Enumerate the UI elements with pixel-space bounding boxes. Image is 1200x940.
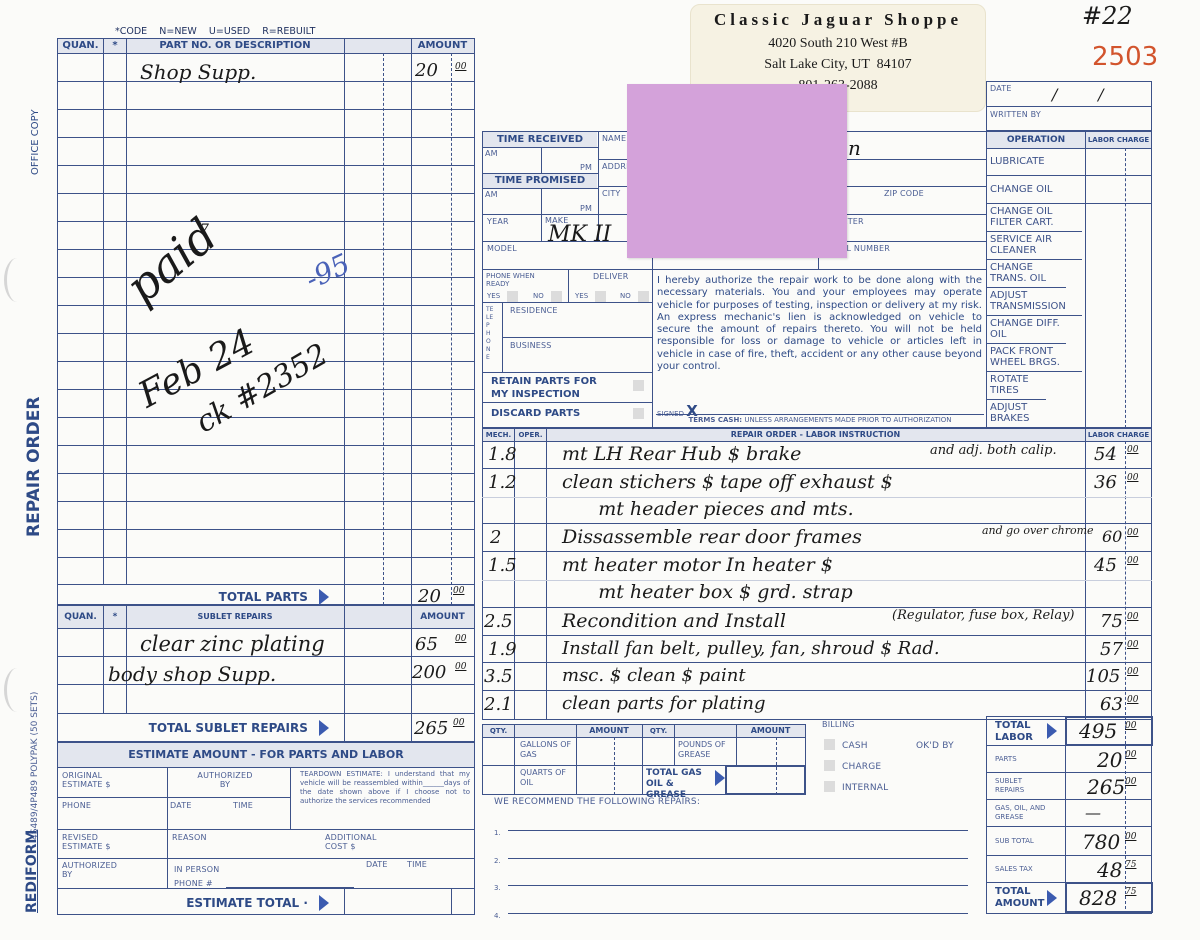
operation-change-oil[interactable]: CHANGE OIL bbox=[986, 176, 1152, 204]
sub-total-row: SUB TOTAL 780 00 bbox=[987, 827, 1151, 856]
labor-row[interactable]: mt header pieces and mts. bbox=[482, 497, 1152, 525]
operation-change-oil-filter[interactable]: CHANGE OIL FILTER CART. bbox=[986, 204, 1082, 232]
labor-dollars: 75 bbox=[1100, 611, 1123, 632]
reason-label: REASON bbox=[172, 833, 207, 842]
total-amount-row: TOTAL AMOUNT 828 75 bbox=[987, 883, 1151, 913]
sales-tax-row: SALES TAX 48 75 bbox=[987, 856, 1151, 883]
residence-label: RESIDENCE bbox=[510, 306, 558, 315]
labor-hours: 1.2 bbox=[488, 472, 517, 493]
time-promised-header: TIME PROMISED bbox=[483, 174, 597, 188]
gas-amount-header: AMOUNT bbox=[577, 725, 641, 737]
labor-instruction: mt heater motor In heater $ bbox=[562, 554, 833, 576]
phone-yes-label: YES bbox=[487, 292, 500, 300]
billing-cash-checkbox[interactable] bbox=[824, 739, 835, 750]
recommend-label: WE RECOMMEND THE FOLLOWING REPAIRS: bbox=[494, 797, 700, 807]
parts-header-amount: AMOUNT bbox=[411, 39, 474, 53]
total-amount-cents[interactable]: 75 bbox=[1125, 887, 1136, 897]
labor-instruction: Dissassemble rear door frames bbox=[562, 526, 862, 548]
deliver-no-checkbox[interactable] bbox=[638, 291, 649, 302]
billing-internal-label: INTERNAL bbox=[842, 783, 888, 793]
city-label: CITY bbox=[602, 189, 621, 198]
labor-row[interactable]: 2.1 clean parts for plating 63 00 bbox=[482, 691, 1152, 719]
arrow-right-icon bbox=[319, 720, 329, 736]
operation-rotate-tires[interactable]: ROTATE TIRES bbox=[986, 372, 1046, 400]
phone-when-ready-label: PHONE WHEN READY bbox=[486, 272, 556, 288]
labor-instruction: clean parts for plating bbox=[562, 693, 766, 714]
gas-oil-grease-total-row: GAS, OIL, AND GREASE — bbox=[987, 800, 1151, 827]
sticky-note bbox=[627, 84, 847, 258]
operation-change-diff-oil[interactable]: CHANGE DIFF. OIL bbox=[986, 316, 1066, 344]
labor-header-mech: MECH. bbox=[483, 429, 514, 441]
totals-table: TOTAL LABOR 495 00 PARTS 20 00 SUBLET RE… bbox=[986, 716, 1152, 914]
phone-number-label: PHONE # bbox=[174, 879, 213, 888]
parts-total-row: PARTS 20 00 bbox=[987, 746, 1151, 773]
parts-code-legend: *CODE N=NEW U=USED R=REBUILT bbox=[115, 26, 315, 37]
operation-lubricate[interactable]: LUBRICATE bbox=[986, 148, 1152, 176]
labor-row[interactable]: 1.9 Install fan belt, pulley, fan, shrou… bbox=[482, 636, 1152, 664]
pounds-of-grease-label: POUNDS OF GREASE bbox=[678, 740, 736, 760]
name-label: NAME bbox=[602, 134, 626, 143]
binder-hole-bottom bbox=[4, 668, 30, 712]
labor-row[interactable]: 1.8 mt LH Rear Hub $ brake and adj. both… bbox=[482, 441, 1152, 469]
form-number: 2503 bbox=[1092, 42, 1158, 72]
authorized-by-label: AUTHORIZED BY bbox=[195, 771, 255, 789]
time-received-am: AM bbox=[485, 149, 498, 158]
discard-parts-label: DISCARD PARTS bbox=[491, 408, 580, 419]
arrow-right-icon bbox=[1047, 890, 1057, 906]
labor-cents: 00 bbox=[1127, 667, 1138, 677]
rediform-brand: REDIFORM bbox=[24, 830, 40, 913]
date-field[interactable]: / / bbox=[1052, 85, 1103, 104]
labor-dollars: 63 bbox=[1100, 694, 1123, 715]
labor-row[interactable]: 1.2 clean stichers $ tape off exhaust $ … bbox=[482, 469, 1152, 497]
total-amount-dollars[interactable]: 828 bbox=[1079, 886, 1117, 910]
quarts-of-oil-label: QUARTS OF OIL bbox=[520, 768, 568, 788]
parts-total-dollars[interactable]: 20 bbox=[1097, 748, 1122, 772]
estimate-total-label: ESTIMATE TOTAL · bbox=[58, 892, 343, 911]
parts-table bbox=[57, 38, 475, 605]
gas-oil-grease-total-value[interactable]: — bbox=[1085, 803, 1101, 822]
original-estimate-label: ORIGINAL ESTIMATE $ bbox=[62, 771, 132, 789]
labor-row[interactable]: 2 Dissassemble rear door frames and go o… bbox=[482, 524, 1152, 552]
time-promised-am: AM bbox=[485, 190, 498, 199]
total-labor-row: TOTAL LABOR 495 00 bbox=[987, 717, 1151, 746]
labor-header-instruction: REPAIR ORDER - LABOR INSTRUCTION bbox=[547, 429, 1084, 441]
total-sublet-cents[interactable]: 00 bbox=[453, 718, 464, 728]
time-received-header: TIME RECEIVED bbox=[483, 132, 597, 147]
billing-label: BILLING bbox=[822, 720, 855, 729]
labor-cents: 00 bbox=[1127, 528, 1138, 538]
labor-instruction: msc. $ clean $ paint bbox=[562, 665, 746, 686]
authorization-text: I hereby authorize the repair work to be… bbox=[657, 275, 982, 373]
in-person-label: IN PERSON bbox=[174, 865, 219, 874]
recommend-line-4[interactable]: 4. bbox=[494, 903, 970, 922]
operations-list: LUBRICATE CHANGE OIL CHANGE OIL FILTER C… bbox=[986, 148, 1152, 428]
labor-hours: 2.1 bbox=[484, 694, 513, 715]
obscured-handwriting: n bbox=[848, 136, 861, 160]
zip-code-label: ZIP CODE bbox=[884, 189, 924, 198]
written-by-label: WRITTEN BY bbox=[990, 110, 1041, 119]
labor-instruction: Install fan belt, pulley, fan, shroud $ … bbox=[562, 638, 940, 659]
sales-tax-cents[interactable]: 75 bbox=[1125, 860, 1136, 870]
parts-row-1-dollars[interactable]: 20 bbox=[415, 60, 438, 81]
sublet-total-dollars[interactable]: 265 bbox=[1087, 775, 1125, 799]
handwritten-order-number: #22 bbox=[1082, 2, 1133, 30]
business-label: BUSINESS bbox=[510, 341, 552, 350]
repair-order-vertical-title: REPAIR ORDER bbox=[24, 397, 44, 537]
labor-row[interactable]: mt heater box $ grd. strap bbox=[482, 580, 1152, 608]
form-code-label: 4S489/4P489 POLYPAK (50 SETS) bbox=[30, 692, 40, 840]
operation-service-air-cleaner[interactable]: SERVICE AIR CLEANER bbox=[986, 232, 1082, 260]
labor-hours: 2 bbox=[490, 527, 501, 548]
labor-row[interactable]: 3.5 msc. $ clean $ paint 105 00 bbox=[482, 663, 1152, 691]
recommend-line-3[interactable]: 3. bbox=[494, 875, 970, 894]
total-sublet-dollars[interactable]: 265 bbox=[414, 718, 448, 739]
parts-header-quan: QUAN. bbox=[58, 39, 103, 53]
sublet-row-2-description[interactable]: body shop Supp. bbox=[108, 662, 276, 686]
labor-dollars: 57 bbox=[1100, 639, 1123, 660]
parts-row-1-cents[interactable]: 00 bbox=[455, 62, 466, 72]
binder-hole-top bbox=[4, 258, 30, 302]
revised-estimate-label: REVISED ESTIMATE $ bbox=[62, 833, 122, 851]
sublet-row-2-cents[interactable]: 00 bbox=[455, 662, 466, 672]
arrow-right-icon bbox=[319, 895, 329, 911]
okd-by-label: OK'D BY bbox=[916, 741, 954, 751]
model-label: MODEL bbox=[487, 244, 517, 253]
gallons-of-gas-label: GALLONS OF GAS bbox=[520, 740, 575, 760]
labor-instruction: mt header pieces and mts. bbox=[562, 498, 854, 520]
time-promised-pm: PM bbox=[580, 204, 592, 213]
billing-charge-checkbox[interactable] bbox=[824, 760, 835, 771]
sub-total-cents[interactable]: 00 bbox=[1125, 832, 1136, 842]
shop-name: Classic Jaguar Shoppe bbox=[690, 10, 986, 30]
make-field[interactable]: MK II bbox=[548, 222, 611, 247]
total-parts-label: TOTAL PARTS bbox=[127, 586, 343, 605]
tick-mark: 7 bbox=[200, 222, 209, 238]
retain-parts-checkbox[interactable] bbox=[633, 380, 644, 391]
parts-row-1-description[interactable]: Shop Supp. bbox=[140, 60, 256, 84]
gas-qty-header: QTY. bbox=[483, 725, 514, 737]
labor-note: (Regulator, fuse box, Relay) bbox=[892, 608, 1075, 623]
total-sublet-label: TOTAL SUBLET REPAIRS bbox=[127, 717, 343, 736]
labor-header-oper: OPER. bbox=[515, 429, 546, 441]
sublet-header-description: SUBLET REPAIRS bbox=[127, 606, 343, 628]
repair-order-form: OFFICE COPY REPAIR ORDER 4S489/4P489 POL… bbox=[0, 0, 1200, 940]
labor-hours: 3.5 bbox=[484, 666, 513, 687]
labor-cents: 00 bbox=[1127, 473, 1138, 483]
arrow-right-icon bbox=[319, 589, 329, 605]
operation-change-trans-oil[interactable]: CHANGE TRANS. OIL bbox=[986, 260, 1066, 288]
telephone-vertical-label: TELEPHONE bbox=[486, 306, 494, 362]
deliver-yes-checkbox[interactable] bbox=[595, 291, 606, 302]
retain-parts-label: RETAIN PARTS FOR MY INSPECTION bbox=[491, 375, 606, 401]
estimate-phone-label: PHONE bbox=[62, 801, 91, 810]
total-parts-dollars[interactable]: 20 bbox=[418, 586, 441, 607]
sublet-header-code: * bbox=[104, 606, 126, 628]
time-received-pm: PM bbox=[580, 163, 592, 172]
labor-header-charge: LABOR CHARGE bbox=[1086, 429, 1151, 441]
additional-cost-label: ADDITIONAL COST $ bbox=[325, 833, 385, 851]
grease-amount-header: AMOUNT bbox=[736, 725, 805, 737]
teardown-estimate-text: TEARDOWN ESTIMATE: I understand that my … bbox=[300, 770, 470, 806]
sublet-row-1-description[interactable]: clear zinc plating bbox=[140, 632, 325, 656]
labor-dollars: 60 bbox=[1102, 527, 1122, 546]
labor-cents: 00 bbox=[1127, 445, 1138, 455]
billing-cash-label: CASH bbox=[842, 741, 868, 751]
shop-city: Salt Lake City, UT 84107 bbox=[690, 57, 986, 73]
estimate-date-label: DATE bbox=[170, 801, 192, 810]
labor-hours: 1.8 bbox=[488, 444, 517, 465]
labor-instruction: mt LH Rear Hub $ brake bbox=[562, 443, 801, 465]
labor-hours: 2.5 bbox=[484, 611, 513, 632]
operation-pack-front-wheel-brgs[interactable]: PACK FRONT WHEEL BRGS. bbox=[986, 344, 1082, 372]
phone-yes-checkbox[interactable] bbox=[507, 291, 518, 302]
parts-header-description: PART NO. OR DESCRIPTION bbox=[127, 39, 343, 53]
labor-rows: 1.8 mt LH Rear Hub $ brake and adj. both… bbox=[482, 441, 1152, 719]
billing-internal-checkbox[interactable] bbox=[824, 781, 835, 792]
office-copy-label: OFFICE COPY bbox=[30, 109, 41, 175]
operation-header: OPERATION bbox=[987, 132, 1085, 148]
recommend-line-2[interactable]: 2. bbox=[494, 848, 970, 867]
labor-cents: 00 bbox=[1127, 612, 1138, 622]
operation-adjust-transmission[interactable]: ADJUST TRANSMISSION bbox=[986, 288, 1082, 316]
total-gas-oil-box[interactable] bbox=[725, 765, 806, 795]
deliver-no-label: NO bbox=[620, 292, 631, 300]
phone-no-checkbox[interactable] bbox=[551, 291, 562, 302]
sales-tax-dollars[interactable]: 48 bbox=[1097, 858, 1122, 882]
labor-instruction: Recondition and Install bbox=[562, 610, 786, 632]
total-labor-cents[interactable]: 00 bbox=[1125, 721, 1136, 731]
estimate-date-2-label: DATE bbox=[366, 860, 388, 869]
sublet-row-1-cents[interactable]: 00 bbox=[455, 634, 466, 644]
labor-cents: 00 bbox=[1127, 556, 1138, 566]
labor-cents: 00 bbox=[1127, 695, 1138, 705]
sublet-row-2-dollars[interactable]: 200 bbox=[412, 662, 446, 683]
labor-cents: 00 bbox=[1127, 640, 1138, 650]
operation-adjust-brakes[interactable]: ADJUST BRAKES bbox=[986, 400, 1046, 428]
year-label: YEAR bbox=[487, 217, 509, 226]
labor-instruction: clean stichers $ tape off exhaust $ bbox=[562, 471, 893, 493]
labor-dollars: 45 bbox=[1094, 555, 1117, 576]
labor-dollars: 54 bbox=[1094, 444, 1117, 465]
deliver-label: DELIVER bbox=[593, 272, 629, 281]
recommend-line-1[interactable]: 1. bbox=[494, 820, 970, 839]
deliver-yes-label: YES bbox=[575, 292, 588, 300]
labor-dollars: 36 bbox=[1094, 472, 1117, 493]
labor-dollars: 105 bbox=[1086, 666, 1120, 687]
labor-row[interactable]: 1.5 mt heater motor In heater $ 45 00 bbox=[482, 552, 1152, 580]
arrow-right-icon bbox=[1047, 723, 1057, 739]
sublet-header-quan: QUAN. bbox=[58, 606, 103, 628]
phone-no-label: NO bbox=[533, 292, 544, 300]
labor-hours: 1.9 bbox=[488, 639, 517, 660]
grease-qty-header: QTY. bbox=[643, 725, 674, 737]
total-labor-dollars[interactable]: 495 bbox=[1079, 719, 1117, 743]
parts-total-cents[interactable]: 00 bbox=[1125, 750, 1136, 760]
sublet-row-1-dollars[interactable]: 65 bbox=[415, 634, 438, 655]
discard-parts-checkbox[interactable] bbox=[633, 408, 644, 419]
estimate-time-label: TIME bbox=[233, 801, 253, 810]
sub-total-dollars[interactable]: 780 bbox=[1082, 830, 1120, 854]
operation-charge-header: LABOR CHARGE bbox=[1086, 132, 1151, 148]
authorized-by-2-label: AUTHORIZED BY bbox=[62, 861, 122, 879]
labor-hours: 1.5 bbox=[488, 555, 517, 576]
labor-row[interactable]: 2.5 Recondition and Install (Regulator, … bbox=[482, 608, 1152, 636]
shop-address: 4020 South 210 West #B bbox=[690, 36, 986, 52]
terms-cash-text: TERMS CASH: UNLESS ARRANGEMENTS MADE PRI… bbox=[656, 416, 984, 424]
parts-header-code: * bbox=[104, 39, 126, 53]
estimate-time-2-label: TIME bbox=[407, 860, 427, 869]
labor-instruction: mt heater box $ grd. strap bbox=[562, 581, 853, 603]
labor-note: and adj. both calip. bbox=[930, 443, 1057, 458]
total-parts-cents[interactable]: 00 bbox=[453, 586, 464, 596]
estimate-header: ESTIMATE AMOUNT - FOR PARTS AND LABOR bbox=[58, 743, 474, 767]
sublet-total-row: SUBLET REPAIRS 265 00 bbox=[987, 773, 1151, 800]
date-label: DATE bbox=[990, 84, 1012, 93]
arrow-right-icon bbox=[715, 770, 725, 786]
labor-note: and go over chrome bbox=[982, 524, 1094, 537]
sublet-total-cents[interactable]: 00 bbox=[1125, 777, 1136, 787]
sublet-header-amount: AMOUNT bbox=[411, 606, 474, 628]
billing-charge-label: CHARGE bbox=[842, 762, 881, 772]
